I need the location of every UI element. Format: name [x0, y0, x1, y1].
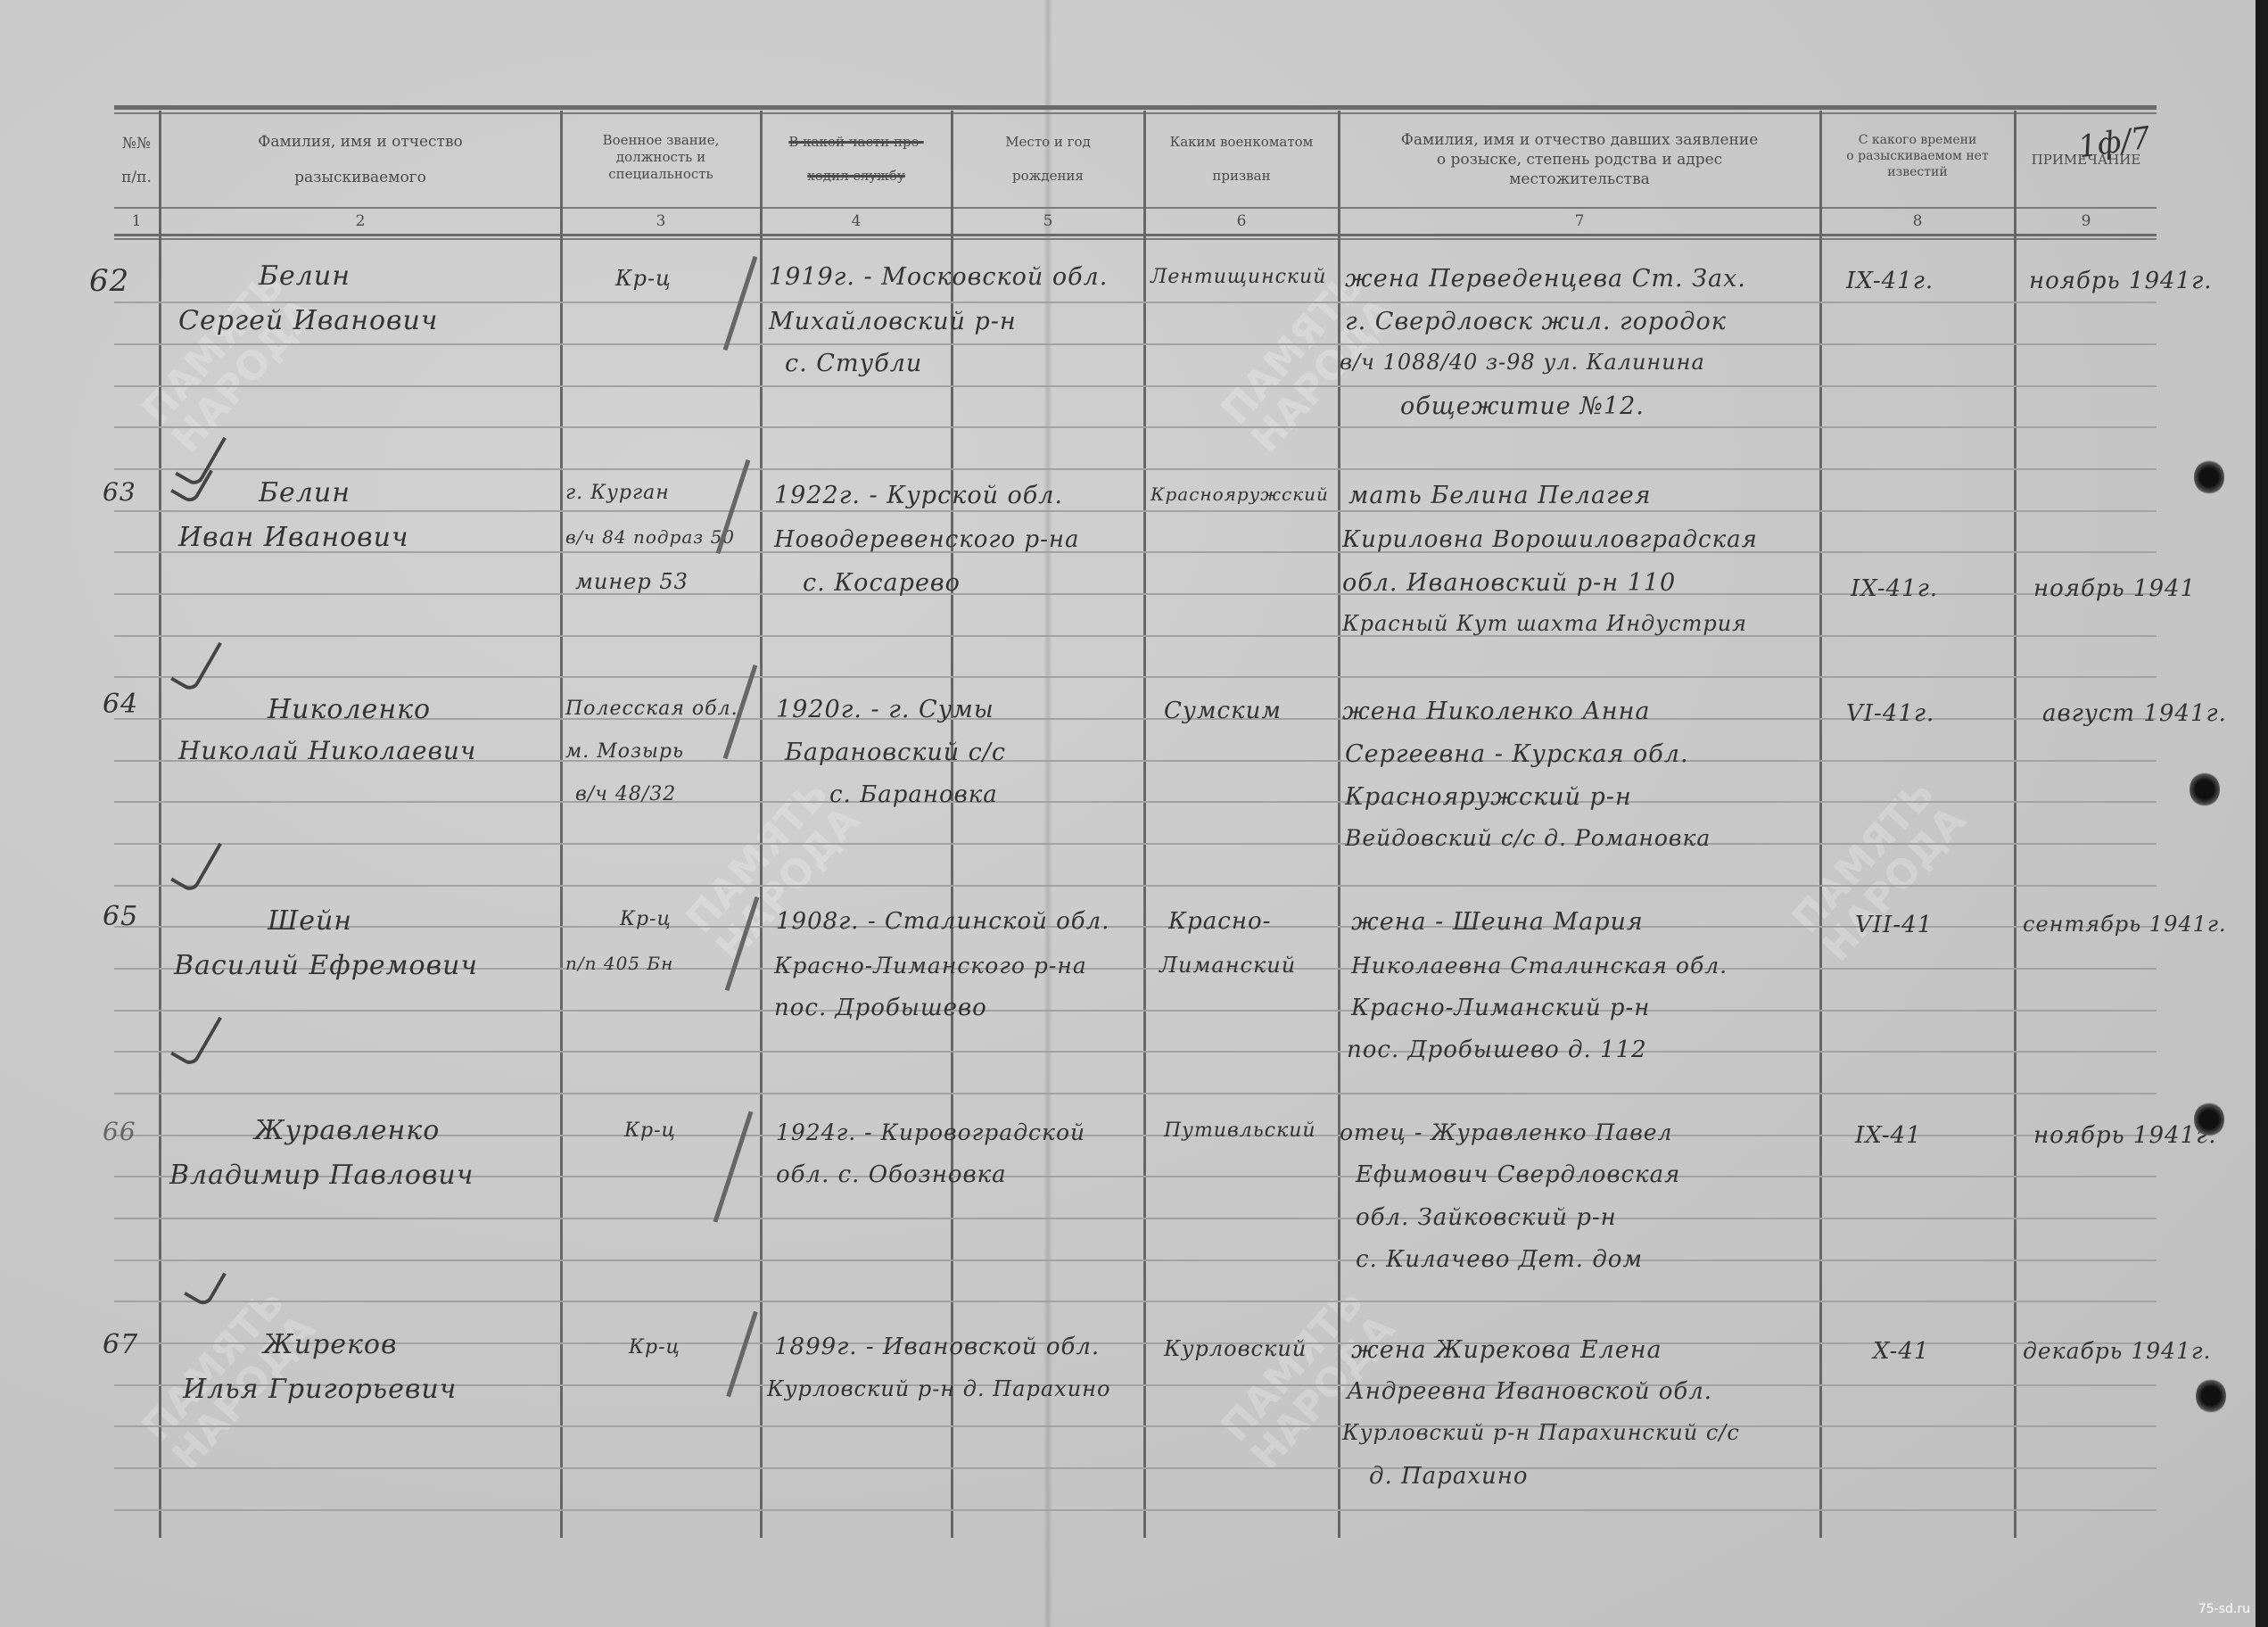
note: август 1941г.	[2042, 700, 2227, 727]
ruled-line	[114, 1010, 2157, 1012]
table-top-rule	[114, 105, 2157, 110]
header-bottom-rule	[114, 238, 2157, 240]
note: ноябрь 1941г.	[2029, 268, 2213, 294]
column-number: 7	[1340, 212, 1819, 230]
lost-since: IX-41	[1855, 1122, 1922, 1149]
ruled-line	[114, 926, 2157, 928]
binding-hole	[2194, 1102, 2224, 1137]
column-divider	[1338, 111, 1340, 1538]
rank: Кр-ц	[624, 1119, 676, 1142]
given-names: Илья Григорьевич	[183, 1374, 457, 1405]
lost-since: IX-41г.	[1851, 575, 1938, 602]
ruled-line	[114, 343, 2157, 345]
note: сентябрь 1941г.	[2023, 912, 2227, 937]
ruled-line	[114, 426, 2157, 428]
draft-office: Сумским	[1164, 698, 1282, 724]
ruled-line	[114, 1301, 2157, 1302]
column-number: 3	[562, 212, 760, 230]
birth-place: 1924г. - Кировоградской	[776, 1119, 1085, 1145]
header-col-3: Военное звание, должность и специальност…	[562, 125, 760, 183]
ruled-line	[114, 385, 2157, 387]
ruled-line	[114, 635, 2157, 637]
header-col-2: Фамилия, имя и отчество разыскиваемого	[161, 125, 560, 187]
applicant: отец - Журавленко Павел	[1340, 1119, 1672, 1145]
ruled-line	[114, 468, 2157, 470]
ruled-line	[114, 885, 2157, 887]
note: декабрь 1941г.	[2023, 1338, 2212, 1364]
applicant: жена Николенко Анна	[1342, 698, 1650, 725]
column-divider	[1819, 111, 1822, 1538]
table-top-rule	[114, 112, 2157, 114]
binding-hole	[2190, 772, 2220, 807]
given-names: Николай Николаевич	[178, 736, 476, 765]
surname: Журавленко	[254, 1115, 440, 1146]
column-divider	[760, 111, 763, 1538]
birth-place: 1920г. - г. Сумы	[776, 696, 994, 723]
rank: Кр-ц	[629, 1336, 680, 1359]
ruled-line	[114, 1218, 2157, 1219]
binding-hole	[2196, 1378, 2226, 1414]
lost-since: IX-41г.	[1846, 268, 1934, 294]
ruled-line	[114, 801, 2157, 803]
note: ноябрь 1941	[2033, 575, 2196, 602]
given-names: Сергей Иванович	[178, 305, 438, 336]
applicant: мать Белина Пелагея	[1348, 482, 1652, 509]
given-names: Василий Ефремович	[174, 950, 478, 981]
column-number: 9	[2016, 212, 2157, 230]
draft-office: Лентищинский	[1150, 266, 1326, 288]
header-col-5: Место и год рождения	[953, 125, 1143, 186]
ruled-line	[114, 301, 2157, 303]
column-number: 4	[762, 212, 951, 230]
surname: Николенко	[268, 694, 431, 725]
rank: г. Курган	[565, 482, 670, 504]
note: ноябрь 1941г.	[2033, 1122, 2217, 1149]
ruled-line	[114, 1259, 2157, 1261]
surname: Жирeков	[263, 1329, 397, 1360]
column-number: 8	[1821, 212, 2014, 230]
ruled-line	[114, 1425, 2157, 1427]
ruled-line	[114, 1509, 2157, 1511]
header-col-8: С какого времени о разыскиваемом нет изв…	[1821, 125, 2014, 180]
ruled-line	[114, 1467, 2157, 1469]
applicant: жена - Шеина Мария	[1351, 908, 1644, 936]
header-col-6: Каким военкоматом призван	[1145, 125, 1338, 186]
rank: Кр-ц	[620, 908, 672, 930]
column-number: 5	[953, 212, 1143, 230]
column-divider	[2014, 111, 2016, 1538]
column-divider	[1143, 111, 1146, 1538]
birth-place: 1922г. - Курской обл.	[774, 482, 1063, 509]
draft-office: Курловский	[1164, 1336, 1307, 1361]
column-number-rule	[114, 207, 2157, 209]
header-col-1: №№ п/п.	[114, 125, 159, 187]
given-names: Иван Иванович	[178, 522, 409, 553]
ruled-line	[114, 551, 2157, 553]
ruled-line	[114, 843, 2157, 845]
lost-since: X-41	[1873, 1338, 1929, 1365]
scan-edge	[2256, 0, 2268, 1627]
column-divider	[159, 111, 161, 1538]
ruled-line	[114, 676, 2157, 678]
birth-place: 1899г. - Ивановской обл.	[774, 1334, 1100, 1360]
header-col-4: В какой части про- ходил службу	[762, 125, 951, 186]
birth-place: 1919г. - Московской обл.	[769, 263, 1108, 291]
draft-office: Краснояружский	[1150, 483, 1329, 505]
column-divider	[560, 111, 563, 1538]
draft-office: Красно-	[1168, 908, 1271, 935]
binding-hole	[2194, 459, 2224, 495]
rank: Кр-ц	[615, 266, 672, 291]
surname: Белин	[259, 260, 351, 292]
rank: Полесская обл.	[565, 698, 738, 720]
ruled-line	[114, 1051, 2157, 1053]
ruled-line	[114, 1342, 2157, 1344]
ruled-line	[114, 510, 2157, 512]
header-col-7: Фамилия, имя и отчество давших заявление…	[1340, 125, 1819, 189]
source-watermark: 75-sd.ru	[2198, 1602, 2250, 1616]
applicant: жена Перведенцева Ст. Зах.	[1345, 265, 1746, 293]
surname: Белин	[259, 477, 351, 508]
given-names: Владимир Павлович	[169, 1160, 474, 1191]
applicant: жена Жирекова Елена	[1351, 1336, 1662, 1364]
surname: Шейн	[268, 905, 352, 937]
column-number: 2	[161, 212, 560, 230]
header-bottom-rule	[114, 234, 2157, 236]
birth-place: 1908г. - Сталинской обл.	[776, 908, 1109, 935]
column-number: 6	[1145, 212, 1338, 230]
ruled-line	[114, 1093, 2157, 1094]
draft-office: Путивльский	[1164, 1119, 1316, 1142]
lost-since: VII-41	[1855, 912, 1933, 938]
lost-since: VI-41г.	[1846, 700, 1934, 727]
column-number: 1	[114, 212, 159, 230]
